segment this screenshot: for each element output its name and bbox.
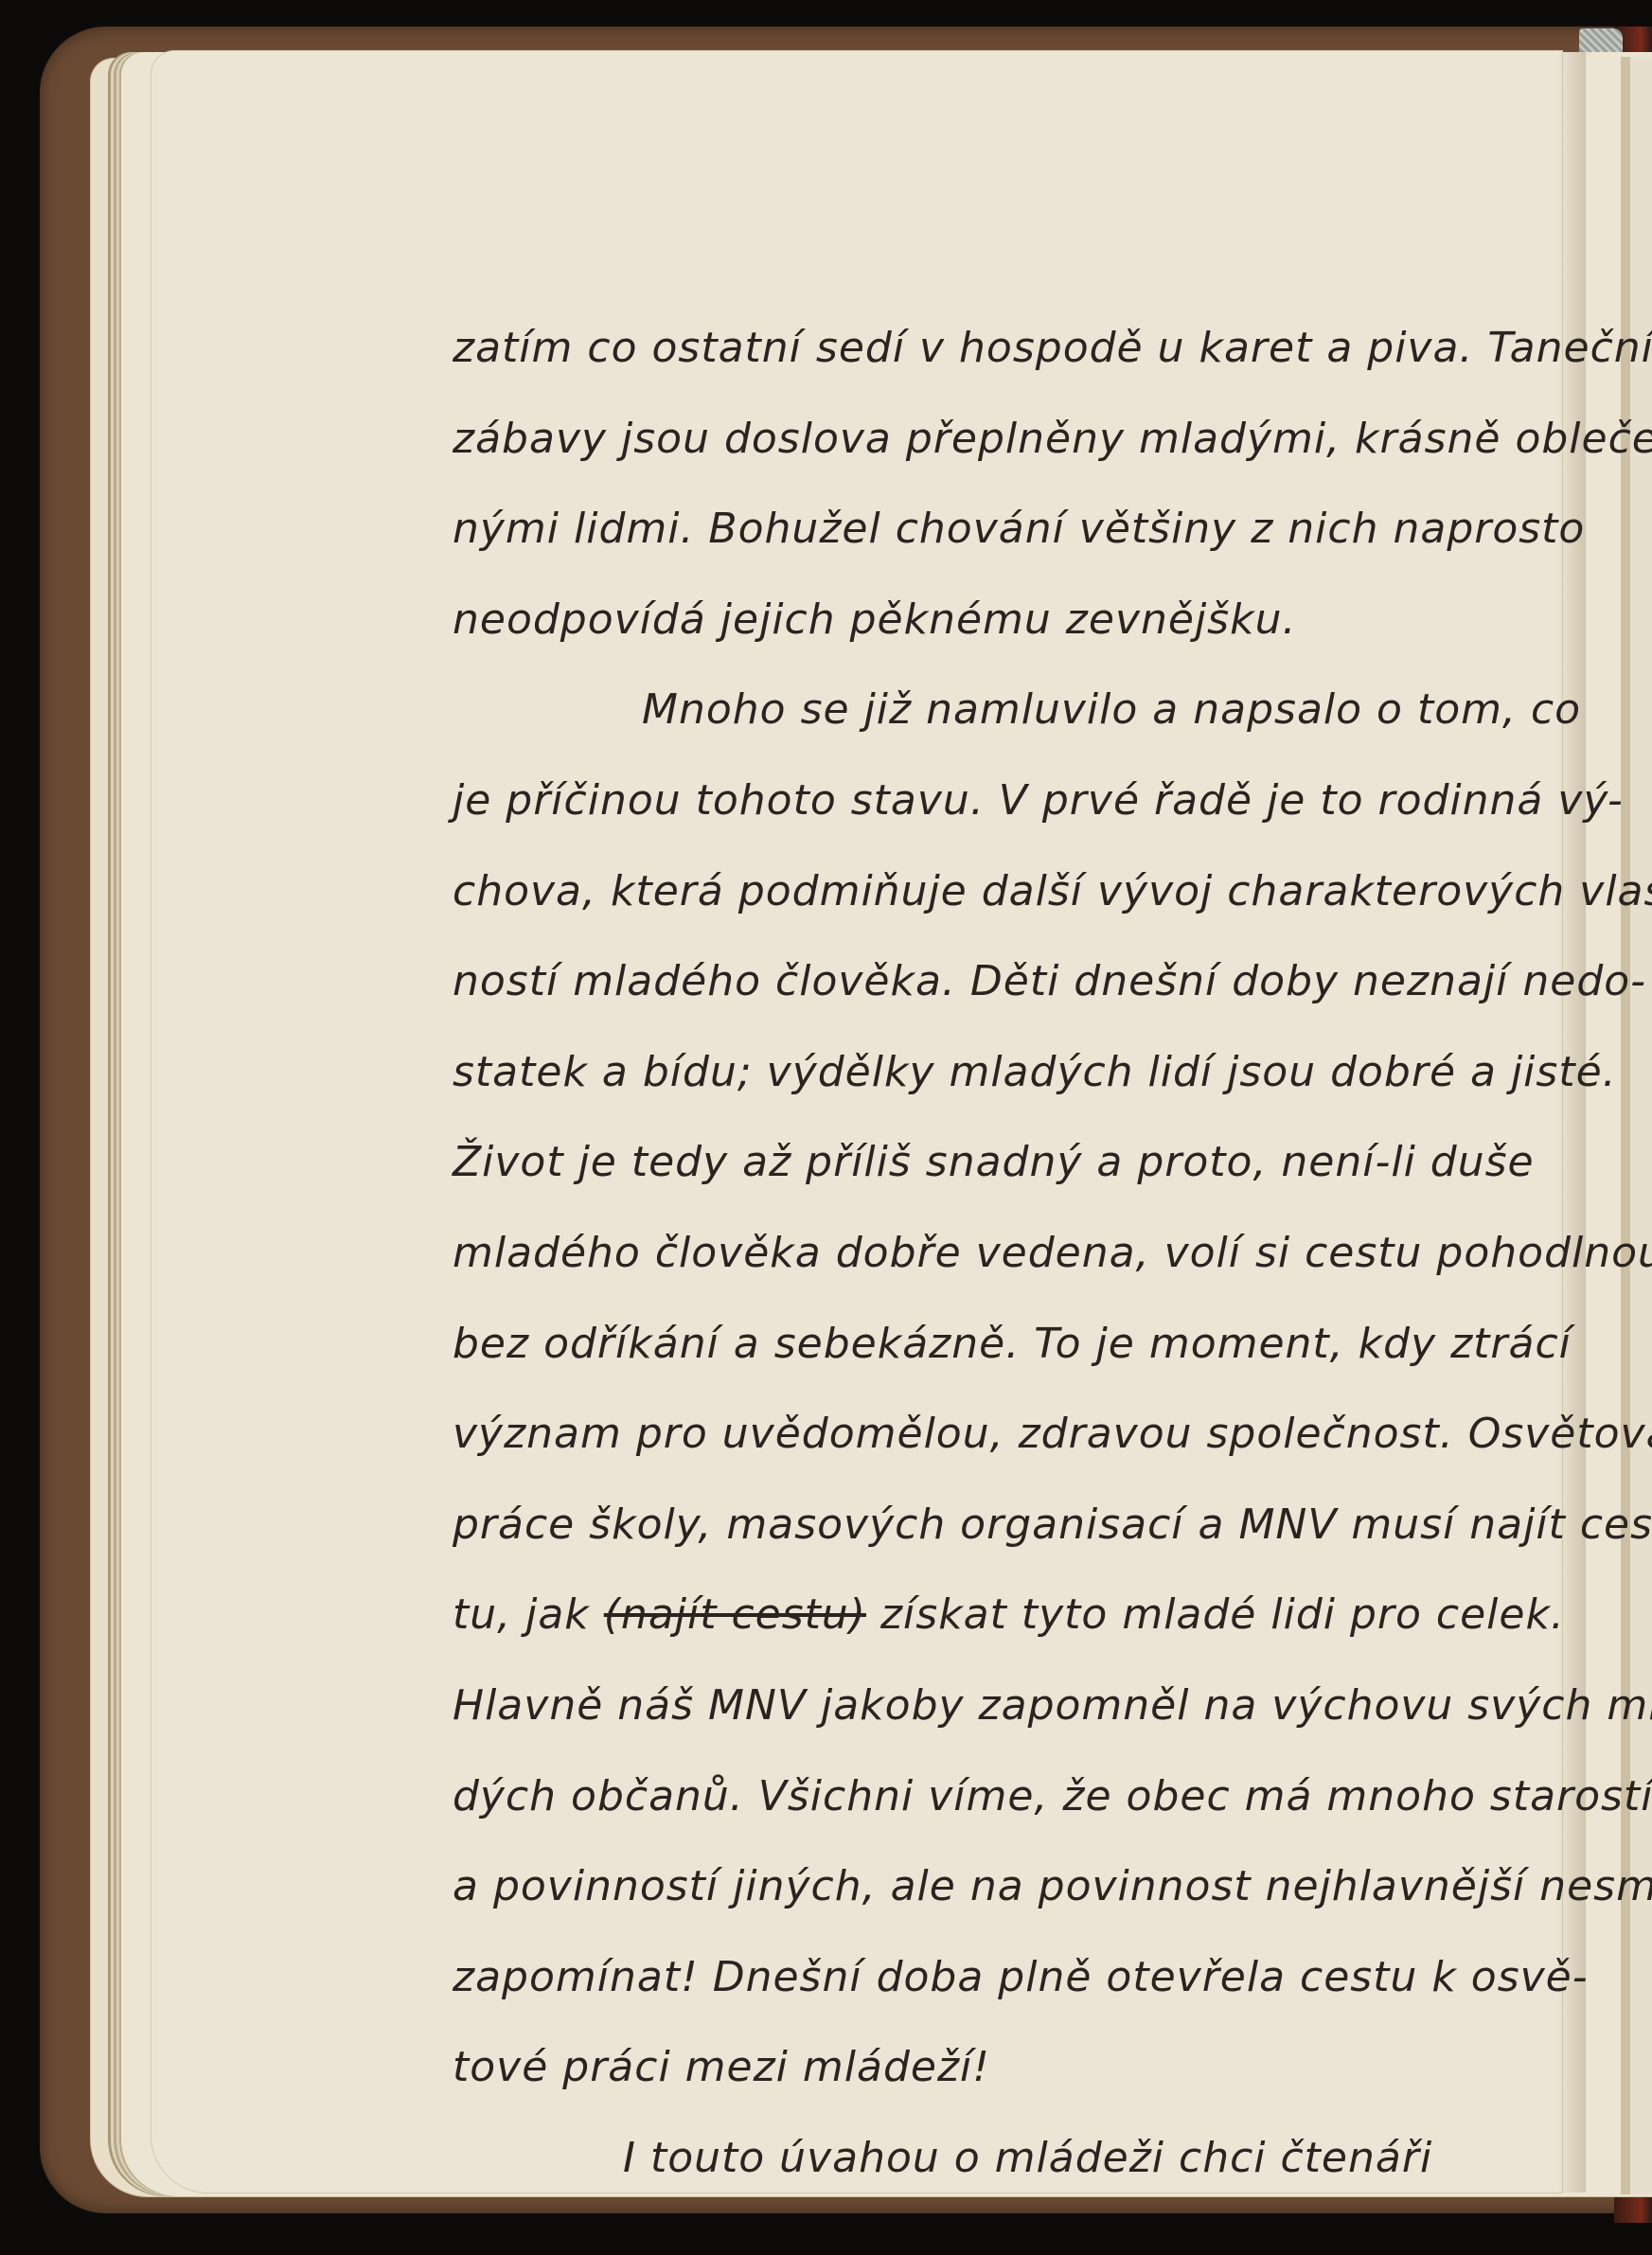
struck-text: (najít cestu) bbox=[604, 1590, 866, 1639]
text-line: význam pro uvědomělou, zdravou společnos… bbox=[453, 1389, 1475, 1480]
text-line: mladého člověka dobře vedena, volí si ce… bbox=[453, 1208, 1475, 1299]
text-line: práce školy, masových organisací a MNV m… bbox=[453, 1480, 1475, 1571]
handwritten-text: zatím co ostatní sedí v hospodě u karet … bbox=[453, 303, 1475, 2203]
text-line: statek a bídu; výdělky mladých lidí jsou… bbox=[453, 1027, 1475, 1118]
text-line: zapomínat! Dnešní doba plně otevřela ces… bbox=[453, 1932, 1475, 2023]
text-line: zatím co ostatní sedí v hospodě u karet … bbox=[453, 303, 1475, 394]
text-line: dých občanů. Všichni víme, že obec má mn… bbox=[453, 1751, 1475, 1842]
text-line: chova, která podmiňuje další vývoj chara… bbox=[453, 846, 1475, 937]
text-line: je příčinou tohoto stavu. V prvé řadě je… bbox=[453, 755, 1475, 846]
text-before: tu, jak bbox=[453, 1590, 604, 1639]
text-line: zábavy jsou doslova přeplněny mladými, k… bbox=[453, 394, 1475, 485]
text-line: neodpovídá jejich pěknému zevnějšku. bbox=[453, 575, 1475, 666]
text-line: Hlavně náš MNV jakoby zapomněl na výchov… bbox=[453, 1660, 1475, 1751]
text-line: bez odříkání a sebekázně. To je moment, … bbox=[453, 1299, 1475, 1390]
text-after: získat tyto mladé lidi pro celek. bbox=[866, 1590, 1565, 1639]
text-line: nými lidmi. Bohužel chování většiny z ni… bbox=[453, 484, 1475, 575]
text-line: tové práci mezi mládeží! bbox=[453, 2022, 1475, 2113]
text-line-with-strikethrough: tu, jak (najít cestu) získat tyto mladé … bbox=[453, 1570, 1475, 1660]
text-line: a povinností jiných, ale na povinnost ne… bbox=[453, 1841, 1475, 1932]
text-line: Život je tedy až příliš snadný a proto, … bbox=[453, 1117, 1475, 1208]
text-line-paragraph-start: I touto úvahou o mládeži chci čtenáři bbox=[453, 2113, 1475, 2204]
text-line-paragraph-start: Mnoho se již namluvilo a napsalo o tom, … bbox=[453, 665, 1475, 755]
text-line: ností mladého člověka. Děti dnešní doby … bbox=[453, 936, 1475, 1027]
